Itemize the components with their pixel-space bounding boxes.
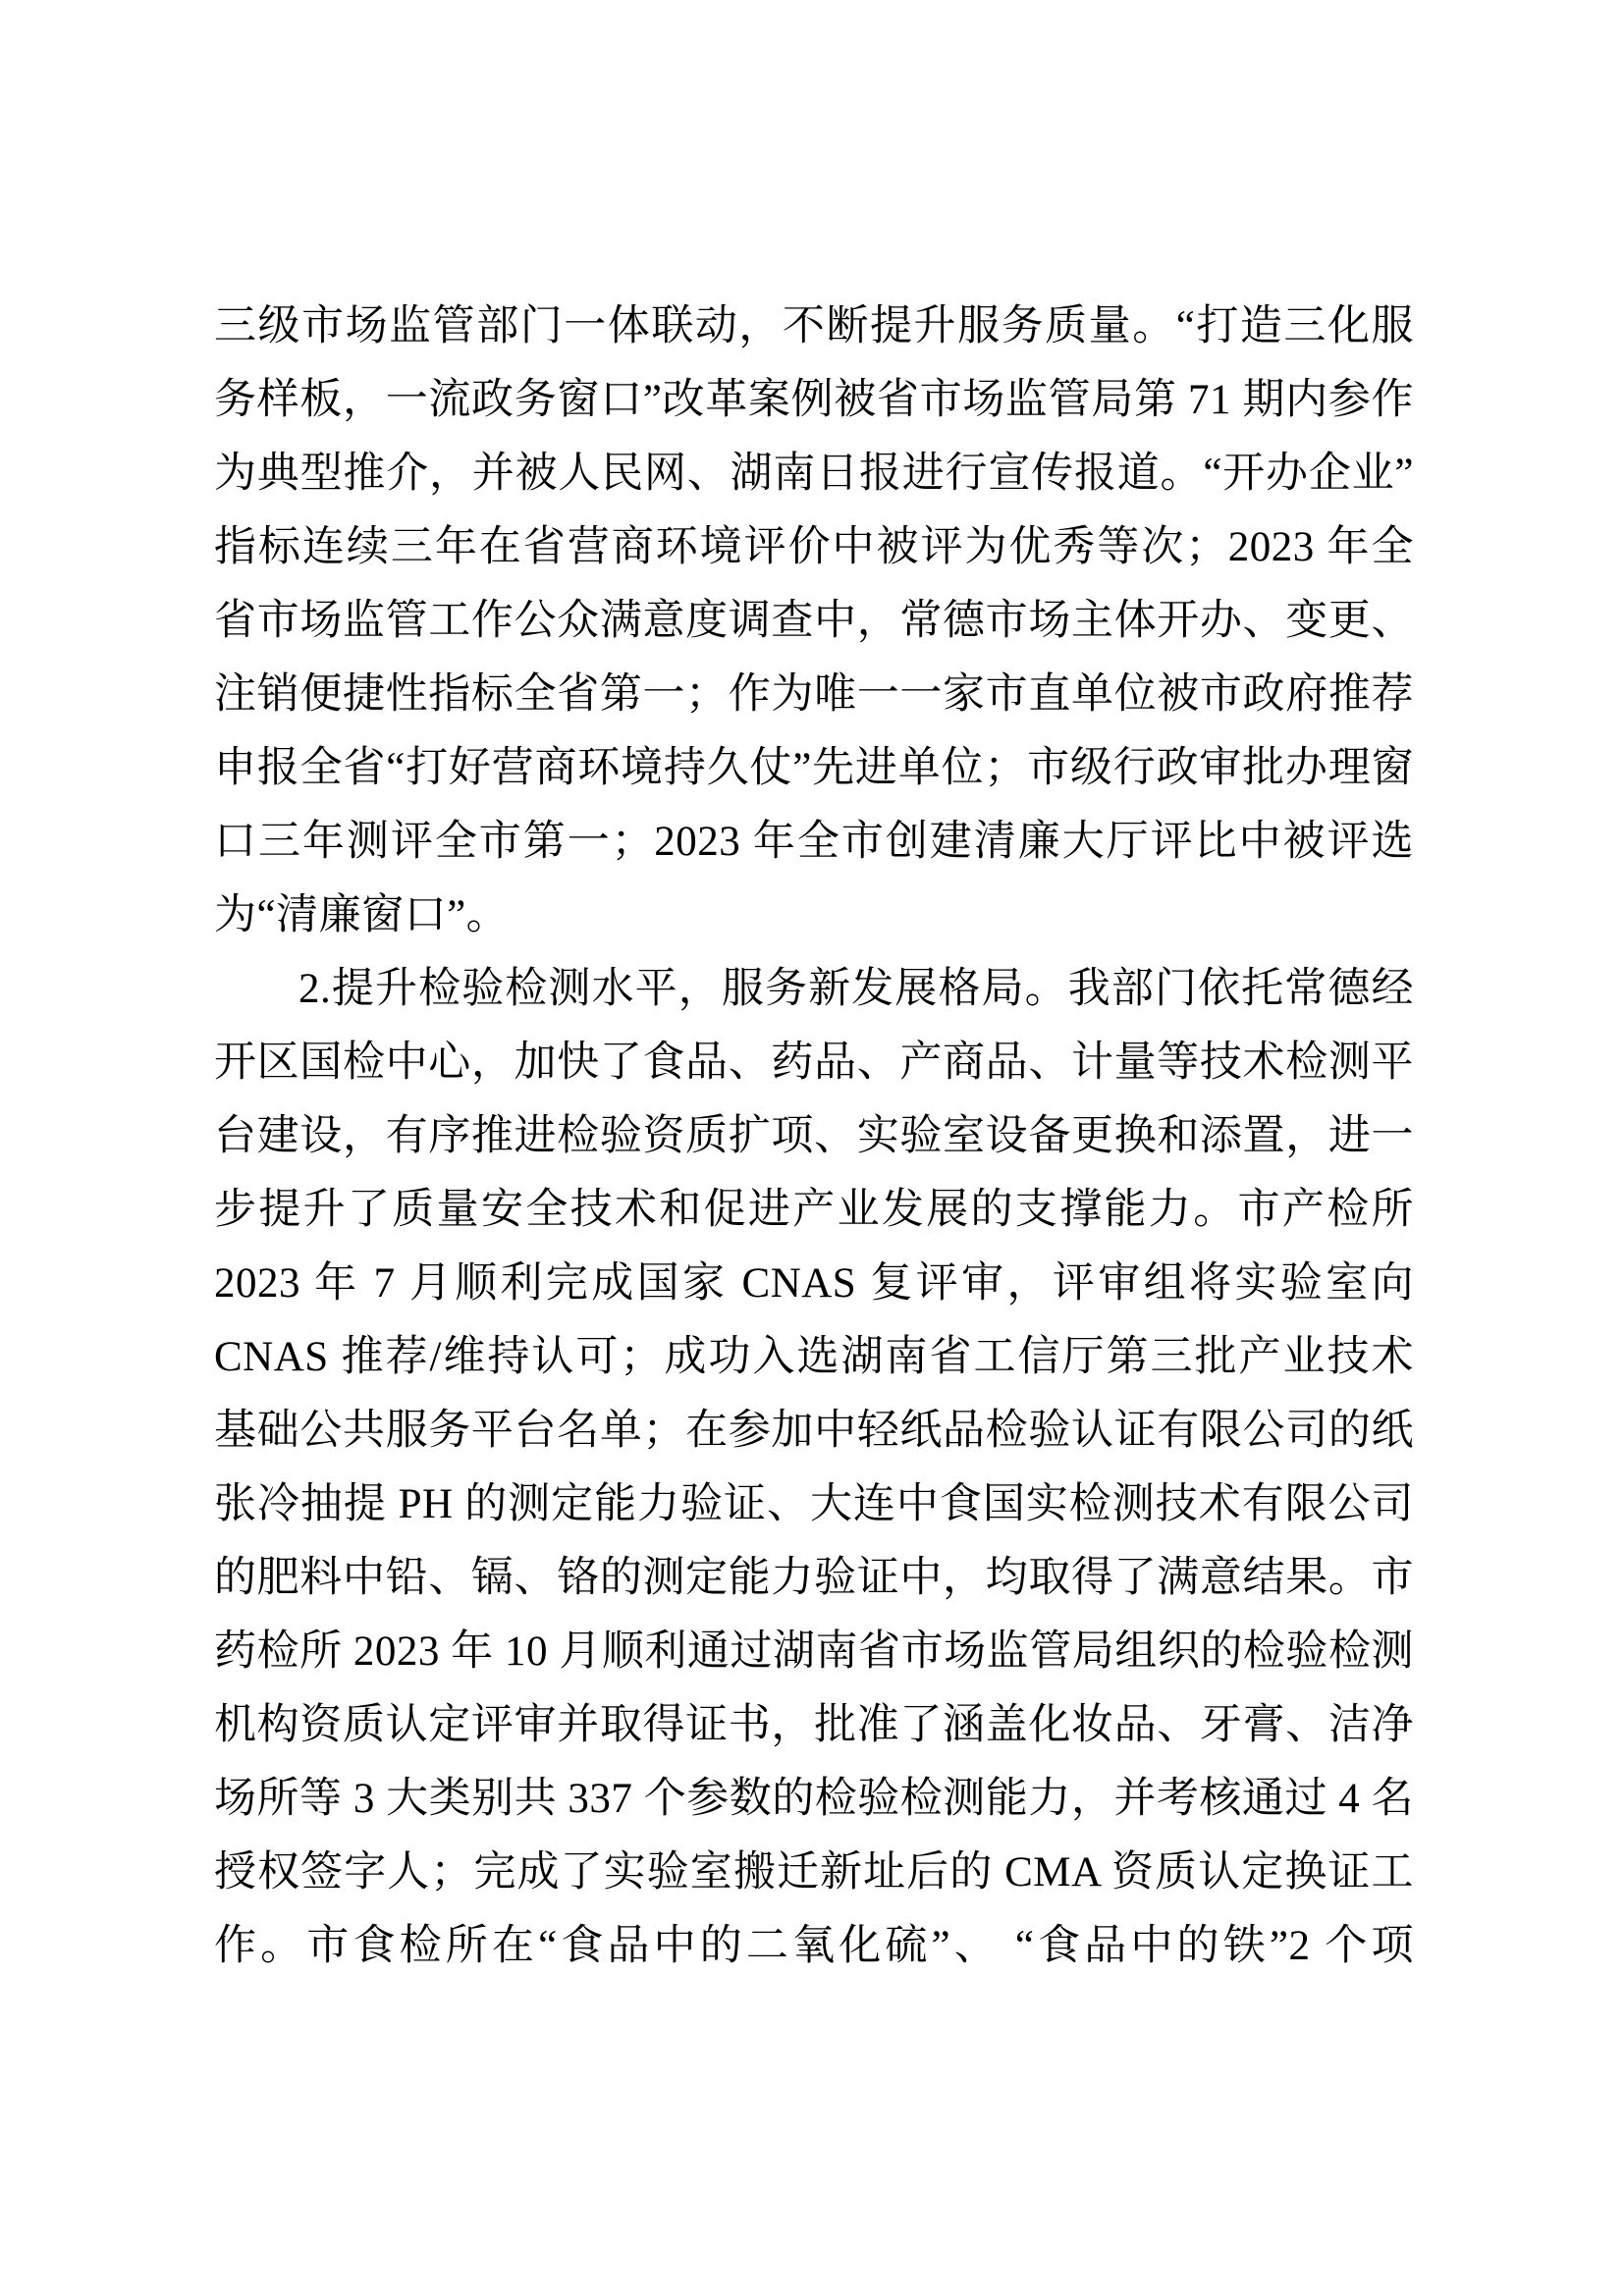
text-line: 为“清廉窗口”。	[214, 879, 1414, 952]
text-line: 2.提升检验检测水平，服务新发展格局。我部门依托常德经	[214, 952, 1414, 1026]
text-line: 台建设，有序推进检验资质扩项、实验室设备更换和添置，进一	[214, 1099, 1414, 1173]
text-line: 三级市场监管部门一体联动，不断提升服务质量。“打造三化服	[214, 290, 1414, 363]
text-line: 开区国检中心，加快了食品、药品、产商品、计量等技术检测平	[214, 1026, 1414, 1099]
text-line: 作。市食检所在“食品中的二氧化硫”、 “食品中的铁”2 个项	[214, 1909, 1414, 1983]
text-line: 2023 年 7 月顺利完成国家 CNAS 复评审，评审组将实验室向	[214, 1247, 1414, 1320]
text-line: 机构资质认定评审并取得证书，批准了涵盖化妆品、牙膏、洁净	[214, 1688, 1414, 1762]
text-line: 注销便捷性指标全省第一；作为唯一一家市直单位被市政府推荐	[214, 658, 1414, 731]
text-line: 申报全省“打好营商环境持久仗”先进单位；市级行政审批办理窗	[214, 731, 1414, 805]
document-body: 三级市场监管部门一体联动，不断提升服务质量。“打造三化服务样板，一流政务窗口”改…	[214, 290, 1414, 1983]
text-line: 授权签字人；完成了实验室搬迁新址后的 CMA 资质认定换证工	[214, 1836, 1414, 1909]
text-line: 的肥料中铅、镉、铬的测定能力验证中，均取得了满意结果。市	[214, 1541, 1414, 1615]
document-page: 三级市场监管部门一体联动，不断提升服务质量。“打造三化服务样板，一流政务窗口”改…	[0, 0, 1624, 2296]
text-line: 口三年测评全市第一；2023 年全市创建清廉大厅评比中被评选	[214, 805, 1414, 879]
text-line: CNAS 推荐/维持认可；成功入选湖南省工信厅第三批产业技术	[214, 1320, 1414, 1394]
text-line: 步提升了质量安全技术和促进产业发展的支撑能力。市产检所	[214, 1173, 1414, 1247]
text-line: 省市场监管工作公众满意度调查中，常德市场主体开办、变更、	[214, 584, 1414, 658]
text-line: 务样板，一流政务窗口”改革案例被省市场监管局第 71 期内参作	[214, 363, 1414, 437]
text-line: 场所等 3 大类别共 337 个参数的检验检测能力，并考核通过 4 名	[214, 1762, 1414, 1836]
text-line: 药检所 2023 年 10 月顺利通过湖南省市场监管局组织的检验检测	[214, 1615, 1414, 1688]
text-line: 为典型推介，并被人民网、湖南日报进行宣传报道。“开办企业”	[214, 437, 1414, 510]
text-line: 基础公共服务平台名单；在参加中轻纸品检验认证有限公司的纸	[214, 1394, 1414, 1468]
text-line: 指标连续三年在省营商环境评价中被评为优秀等次；2023 年全	[214, 510, 1414, 584]
text-line: 张冷抽提 PH 的测定能力验证、大连中食国实检测技术有限公司	[214, 1468, 1414, 1541]
